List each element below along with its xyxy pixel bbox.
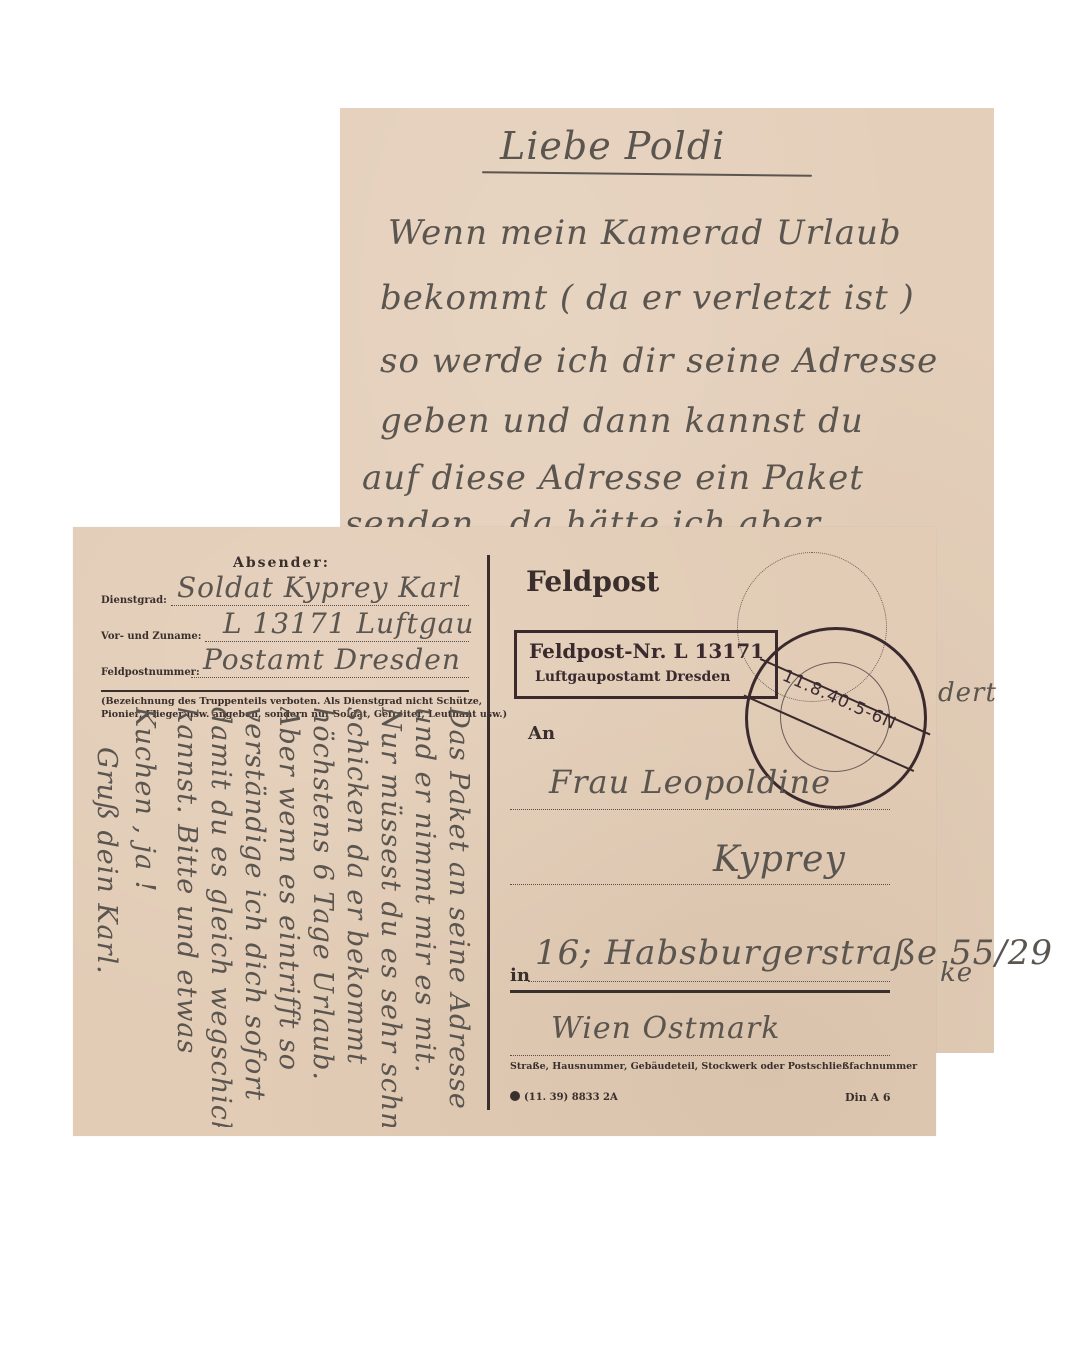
message-line: Das Paket an seine Adresse — [443, 707, 474, 1110]
message-line: und er nimmt mir es mit. — [409, 707, 440, 1074]
sender-title: Absender: — [233, 555, 330, 571]
feldpost-number-value: Postamt Dresden — [203, 643, 461, 676]
message-line: schicken da er bekommt — [341, 707, 372, 1065]
message-line: verständige ich dich sofort — [239, 707, 270, 1101]
letter-line: geben und dann kannst du — [380, 401, 864, 441]
address-dotted-line-4 — [510, 1055, 890, 1056]
recipient-surname: Kyprey — [713, 839, 846, 880]
street-caption: Straße, Hausnummer, Gebäudeteil, Stockwe… — [510, 1061, 917, 1072]
sender-rule — [101, 690, 469, 692]
recipient-name: Frau Leopoldine — [549, 763, 831, 801]
address-dotted-line-2 — [510, 884, 890, 885]
message-line: höchstens 6 Tage Urlaub. — [307, 707, 338, 1081]
name-value: L 13171 Luftgau — [223, 607, 474, 640]
in-label: in — [510, 965, 530, 986]
feldpost-card: Absender: Dienstgrad: Soldat Kyprey Karl… — [73, 527, 936, 1136]
greeting-underline — [482, 171, 812, 176]
letter-line: auf diese Adresse ein Paket — [362, 458, 864, 498]
card-divider — [487, 555, 490, 1110]
letter-line: so werde ich dir seine Adresse — [380, 341, 938, 381]
emblem-icon — [510, 1091, 520, 1101]
message-line: Gruß dein Karl. — [91, 747, 122, 975]
recipient-city: Wien Ostmark — [551, 1011, 780, 1046]
rank-dotted-line — [171, 605, 469, 606]
message-line: Nur müssest du es sehr schnell — [375, 707, 406, 1127]
address-dotted-line-3 — [528, 981, 890, 982]
recipient-street: 16; Habsburgerstraße 55/29 — [535, 933, 1053, 973]
rank-value: Soldat Kyprey Karl — [177, 571, 462, 604]
message-line: Aber wenn es eintrifft so — [273, 707, 304, 1071]
recipient-label: An — [528, 723, 555, 744]
print-code-text: (11. 39) 8833 2A — [524, 1092, 618, 1103]
feldpost-number-label: Feldpostnummer: — [101, 667, 200, 678]
letter-greeting: Liebe Poldi — [500, 124, 725, 168]
feldpost-number-stamp: Feldpost-Nr. L 13171 Luftgaupostamt Dres… — [514, 630, 778, 699]
letter-margin-fragment: dert — [938, 678, 997, 708]
letter-line: bekommt ( da er verletzt ist ) — [380, 278, 915, 318]
vertical-message: Das Paket an seine Adresse und er nimmt … — [81, 707, 481, 1127]
stamp-line1: Feldpost-Nr. L 13171 — [529, 639, 764, 663]
name-dotted-line — [205, 641, 469, 642]
letter-line: Wenn mein Kamerad Urlaub — [388, 213, 902, 253]
feldpost-header: Feldpost — [526, 565, 659, 598]
message-line: Kuchen , ja ! — [129, 707, 160, 893]
stamp-line2: Luftgaupostamt Dresden — [535, 669, 730, 685]
message-line: kannst. Bitte und etwas — [171, 707, 202, 1054]
feldpost-number-dotted-line — [191, 677, 469, 678]
paper-format: Din A 6 — [845, 1091, 891, 1104]
rank-label: Dienstgrad: — [101, 595, 167, 606]
message-line: damit du es gleich wegschicken — [205, 707, 236, 1127]
name-label: Vor- und Zuname: — [101, 631, 201, 642]
address-dotted-line-1 — [510, 809, 890, 810]
print-code: (11. 39) 8833 2A — [510, 1091, 618, 1103]
address-thick-rule — [510, 990, 890, 993]
